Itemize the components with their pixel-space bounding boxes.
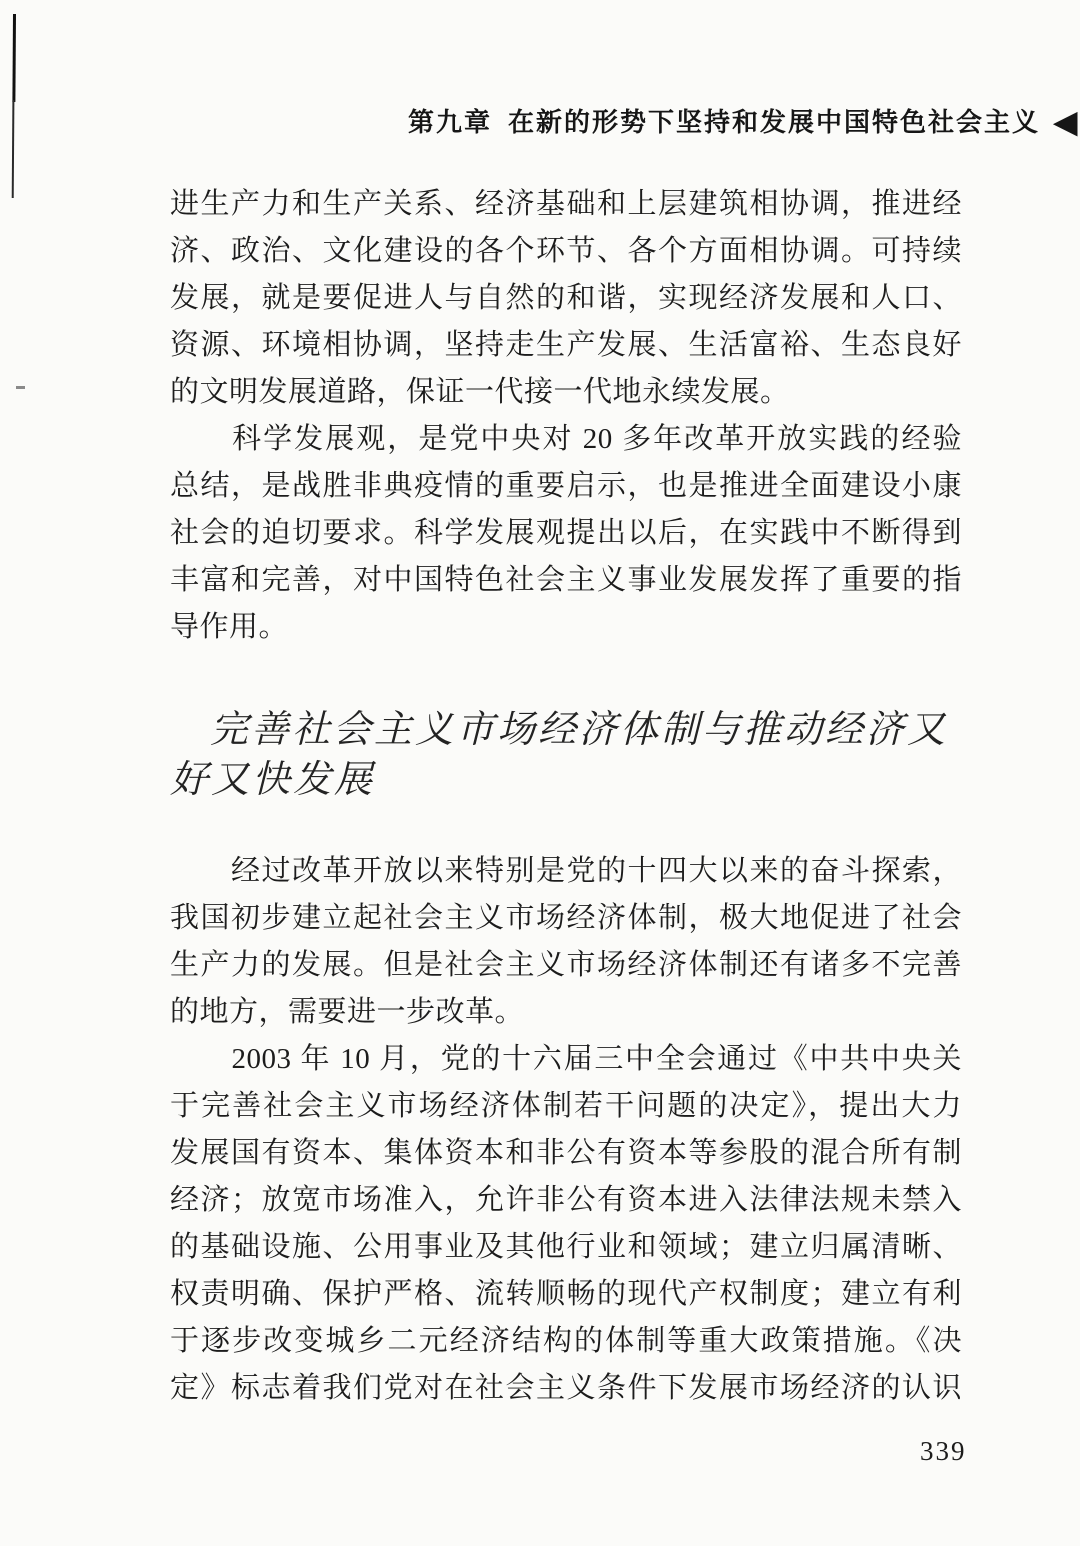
- text-line: 2003 年 10 月，党的十六届三中全会通过《中共中央关: [170, 1036, 962, 1083]
- text-line: 资源、环境相协调，坚持走生产发展、生活富裕、生态良好: [170, 322, 962, 369]
- text-line: 定》标志着我们党对在社会主义条件下发展市场经济的认识: [170, 1365, 962, 1412]
- scan-artifact-line-thin: [12, 100, 15, 198]
- text-line: 经济；放宽市场准入，允许非公有资本进入法律法规未禁入: [170, 1177, 962, 1224]
- left-triangle-icon: ◀: [1054, 108, 1079, 138]
- text-line: 总结，是战胜非典疫情的重要启示，也是推进全面建设小康: [170, 463, 962, 510]
- text-line: 于逐步改变城乡二元经济结构的体制等重大政策措施。《决: [170, 1318, 962, 1365]
- paragraph: 科学发展观，是党中央对 20 多年改革开放实践的经验总结，是战胜非典疫情的重要启…: [170, 416, 962, 651]
- section-heading: 完善社会主义市场经济体制与推动经济又好又快发展: [170, 705, 970, 805]
- text-line: 科学发展观，是党中央对 20 多年改革开放实践的经验: [170, 416, 962, 463]
- text-line: 丰富和完善，对中国特色社会主义事业发展发挥了重要的指: [170, 557, 962, 604]
- text-line: 我国初步建立起社会主义市场经济体制，极大地促进了社会: [170, 895, 962, 942]
- text-line: 发展国有资本、集体资本和非公有资本等参股的混合所有制: [170, 1130, 962, 1177]
- chapter-label: 第九章: [408, 102, 492, 139]
- text-line: 进生产力和生产关系、经济基础和上层建筑相协调，推进经: [170, 181, 962, 228]
- text-line: 完善社会主义市场经济体制与推动经济又: [170, 705, 970, 755]
- paragraph: 进生产力和生产关系、经济基础和上层建筑相协调，推进经济、政治、文化建设的各个环节…: [170, 181, 962, 416]
- paragraph: 经过改革开放以来特别是党的十四大以来的奋斗探索，我国初步建立起社会主义市场经济体…: [170, 848, 962, 1036]
- text-line: 导作用。: [170, 604, 962, 651]
- text-line: 好又快发展: [170, 755, 970, 805]
- chapter-title: 在新的形势下坚持和发展中国特色社会主义: [508, 102, 1040, 139]
- scan-artifact-line-thick: [12, 14, 16, 102]
- text-line: 社会的迫切要求。科学发展观提出以后，在实践中不断得到: [170, 510, 962, 557]
- text-line: 于完善社会主义市场经济体制若干问题的决定》，提出大力: [170, 1083, 962, 1130]
- paragraph: 2003 年 10 月，党的十六届三中全会通过《中共中央关于完善社会主义市场经济…: [170, 1036, 962, 1412]
- text-line: 的地方，需要进一步改革。: [170, 989, 962, 1036]
- text-line: 经过改革开放以来特别是党的十四大以来的奋斗探索，: [170, 848, 962, 895]
- running-header: 第九章 在新的形势下坚持和发展中国特色社会主义 ◀: [408, 102, 1079, 139]
- text-line: 权责明确、保护严格、流转顺畅的现代产权制度；建立有利: [170, 1271, 962, 1318]
- scan-artifact-vertical-line: [11, 14, 44, 204]
- scan-artifact-dash: [16, 386, 25, 389]
- text-line: 生产力的发展。但是社会主义市场经济体制还有诸多不完善: [170, 942, 962, 989]
- text-line: 发展，就是要促进人与自然的和谐，实现经济发展和人口、: [170, 275, 962, 322]
- text-line: 的文明发展道路，保证一代接一代地永续发展。: [170, 369, 962, 416]
- text-line: 的基础设施、公用事业及其他行业和领域；建立归属清晰、: [170, 1224, 962, 1271]
- book-page: 第九章 在新的形势下坚持和发展中国特色社会主义 ◀ 进生产力和生产关系、经济基础…: [0, 0, 1080, 1546]
- page-number: 339: [920, 1436, 967, 1467]
- text-line: 济、政治、文化建设的各个环节、各个方面相协调。可持续: [170, 228, 962, 275]
